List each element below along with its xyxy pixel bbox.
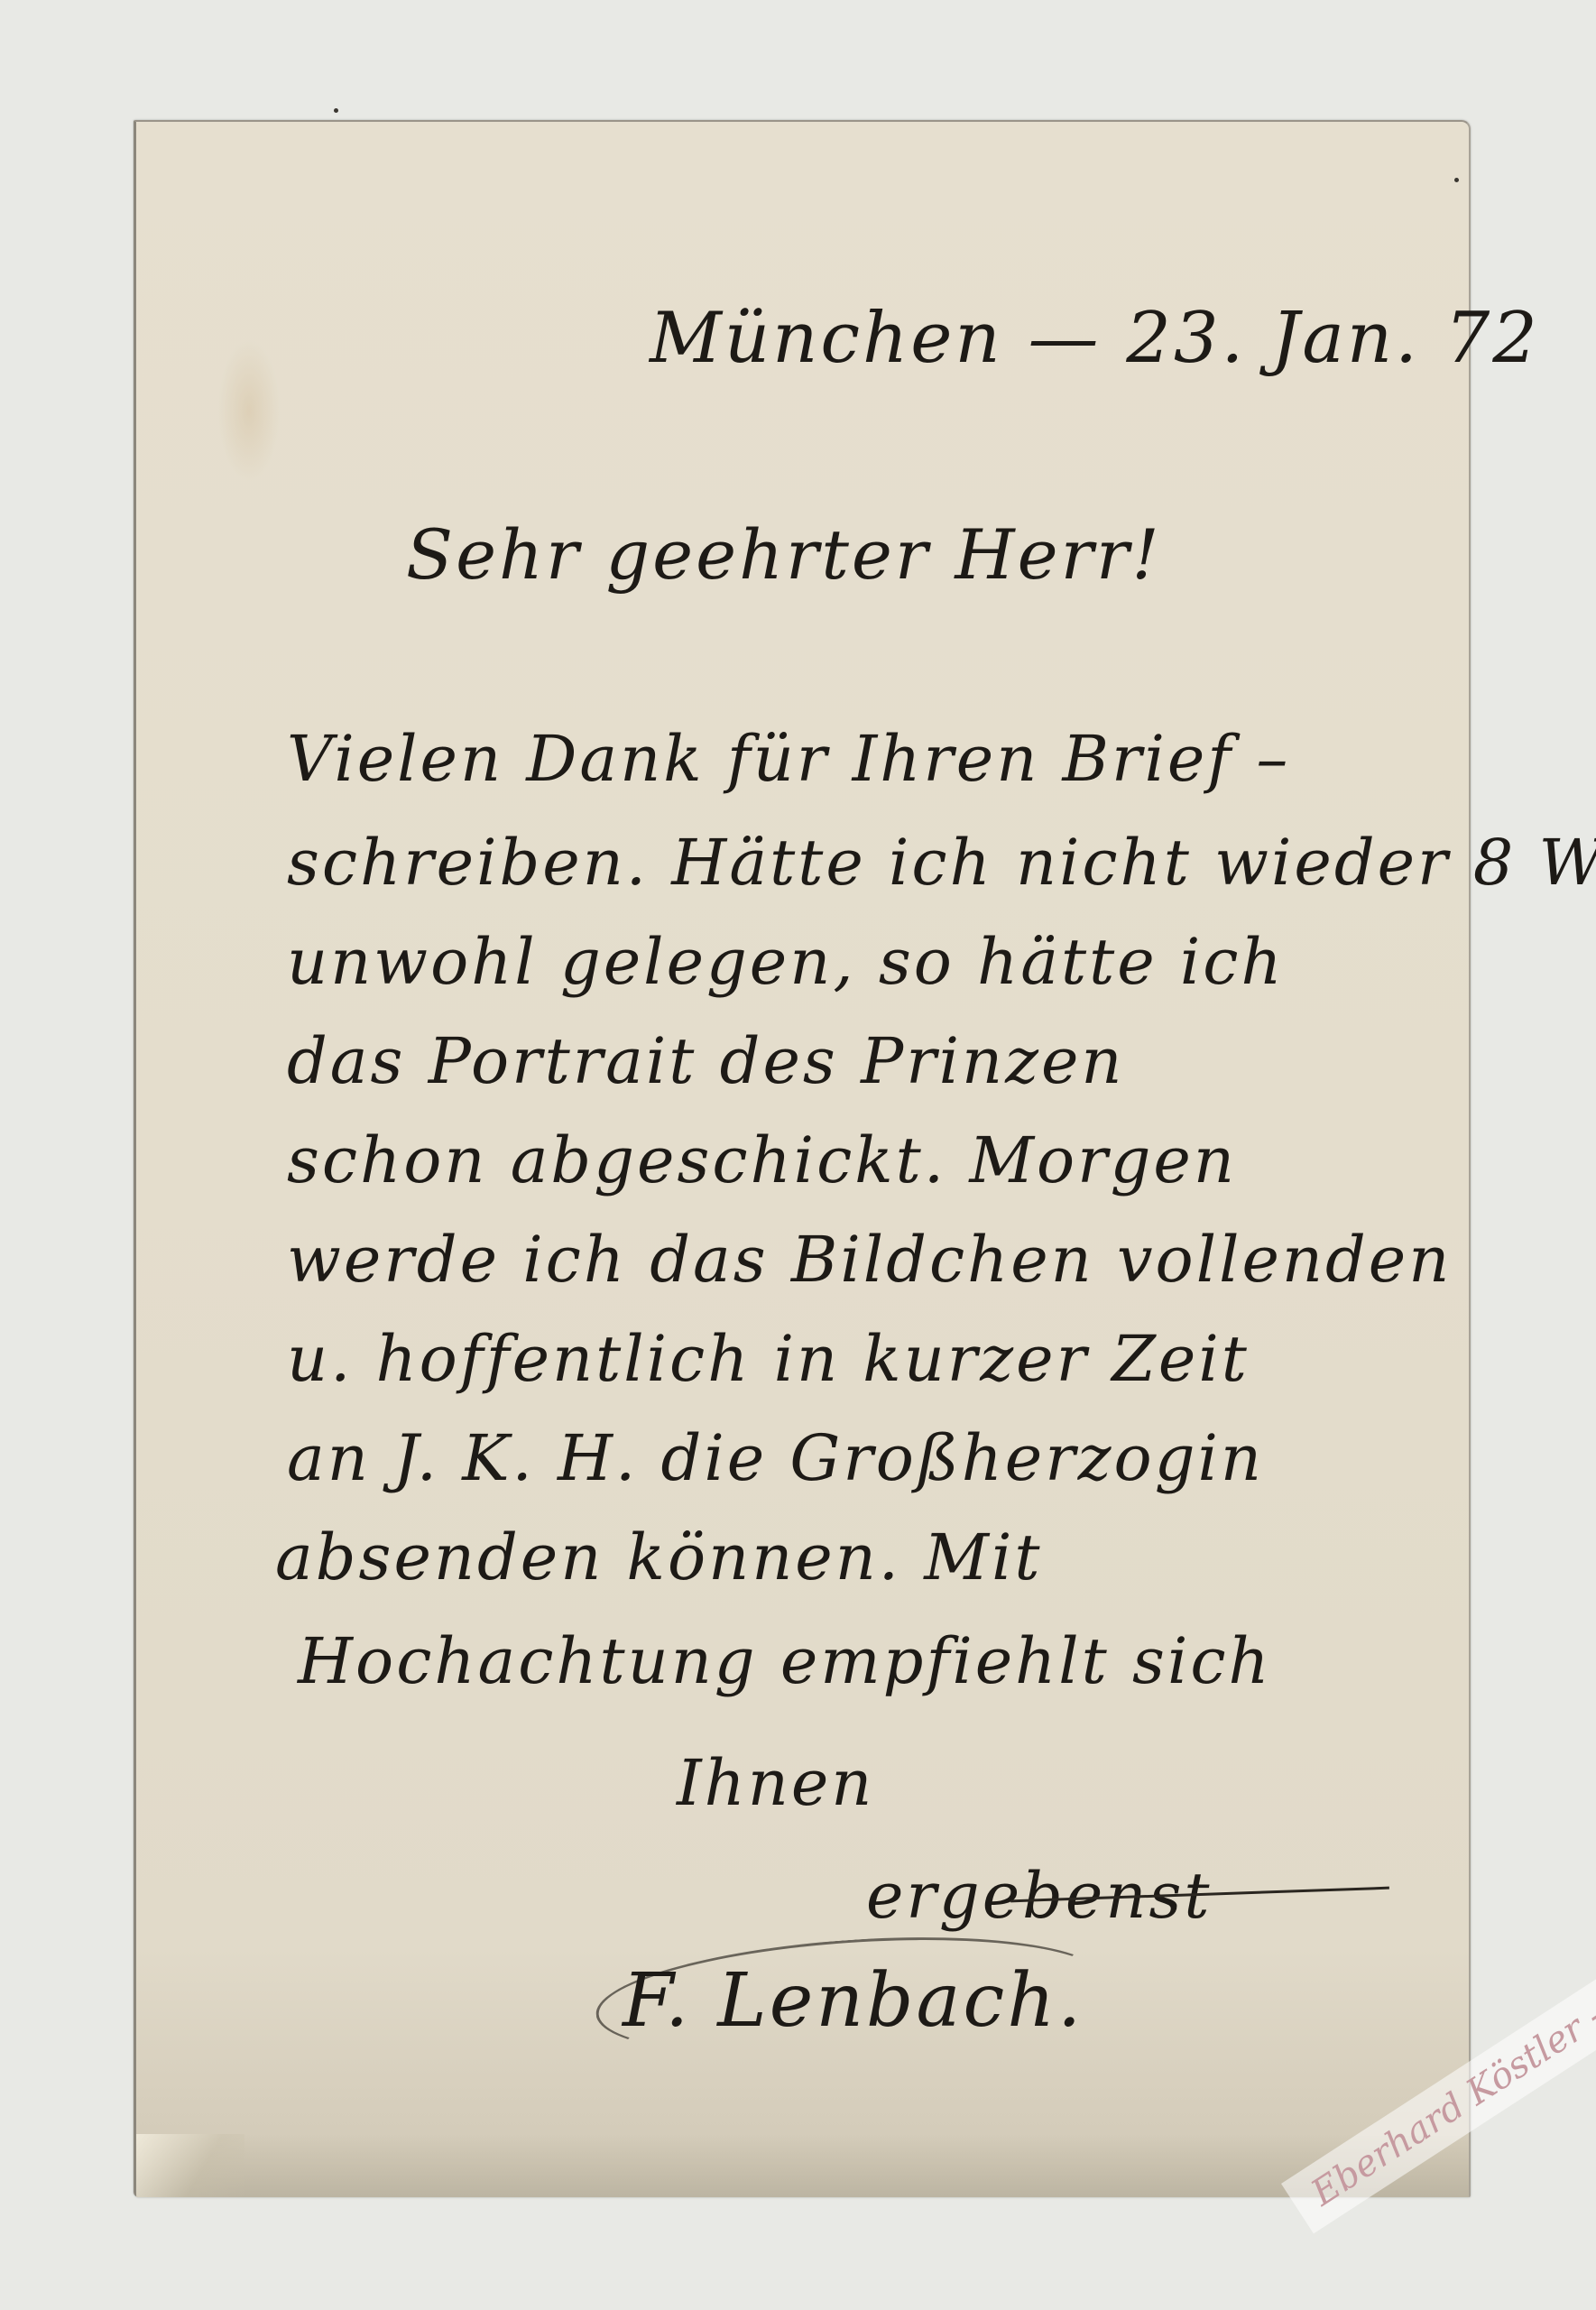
ink-speck: [334, 108, 338, 113]
ink-speck: [1454, 178, 1459, 182]
body-line: Vielen Dank für Ihren Brief –: [287, 722, 1290, 796]
paper-corner-curl: [136, 2134, 244, 2197]
salutation: Sehr geehrter Herr!: [406, 514, 1162, 595]
body-line: das Portrait des Prinzen: [287, 1024, 1125, 1098]
body-line: Hochachtung empfiehlt sich: [298, 1624, 1272, 1698]
body-line: unwohl gelegen, so hätte ich: [287, 925, 1285, 999]
place-and-date: München — 23. Jan. 72: [650, 298, 1540, 379]
closing-line: Ihnen: [677, 1746, 874, 1820]
body-line: an J. K. H. die Großherzogin: [287, 1421, 1264, 1495]
body-line: schon abgeschickt. Morgen: [287, 1123, 1237, 1197]
body-line: werde ich das Bildchen vollenden: [287, 1223, 1452, 1297]
signature: F. Lenbach.: [623, 1958, 1084, 2044]
body-line: u. hoffentlich in kurzer Zeit: [287, 1322, 1250, 1396]
paper-stain: [217, 338, 281, 483]
body-line: schreiben. Hätte ich nicht wieder 8 Woch…: [287, 826, 1596, 900]
body-line: absenden können. Mit: [275, 1520, 1042, 1594]
paper-fold-bottom: [136, 2134, 1469, 2197]
